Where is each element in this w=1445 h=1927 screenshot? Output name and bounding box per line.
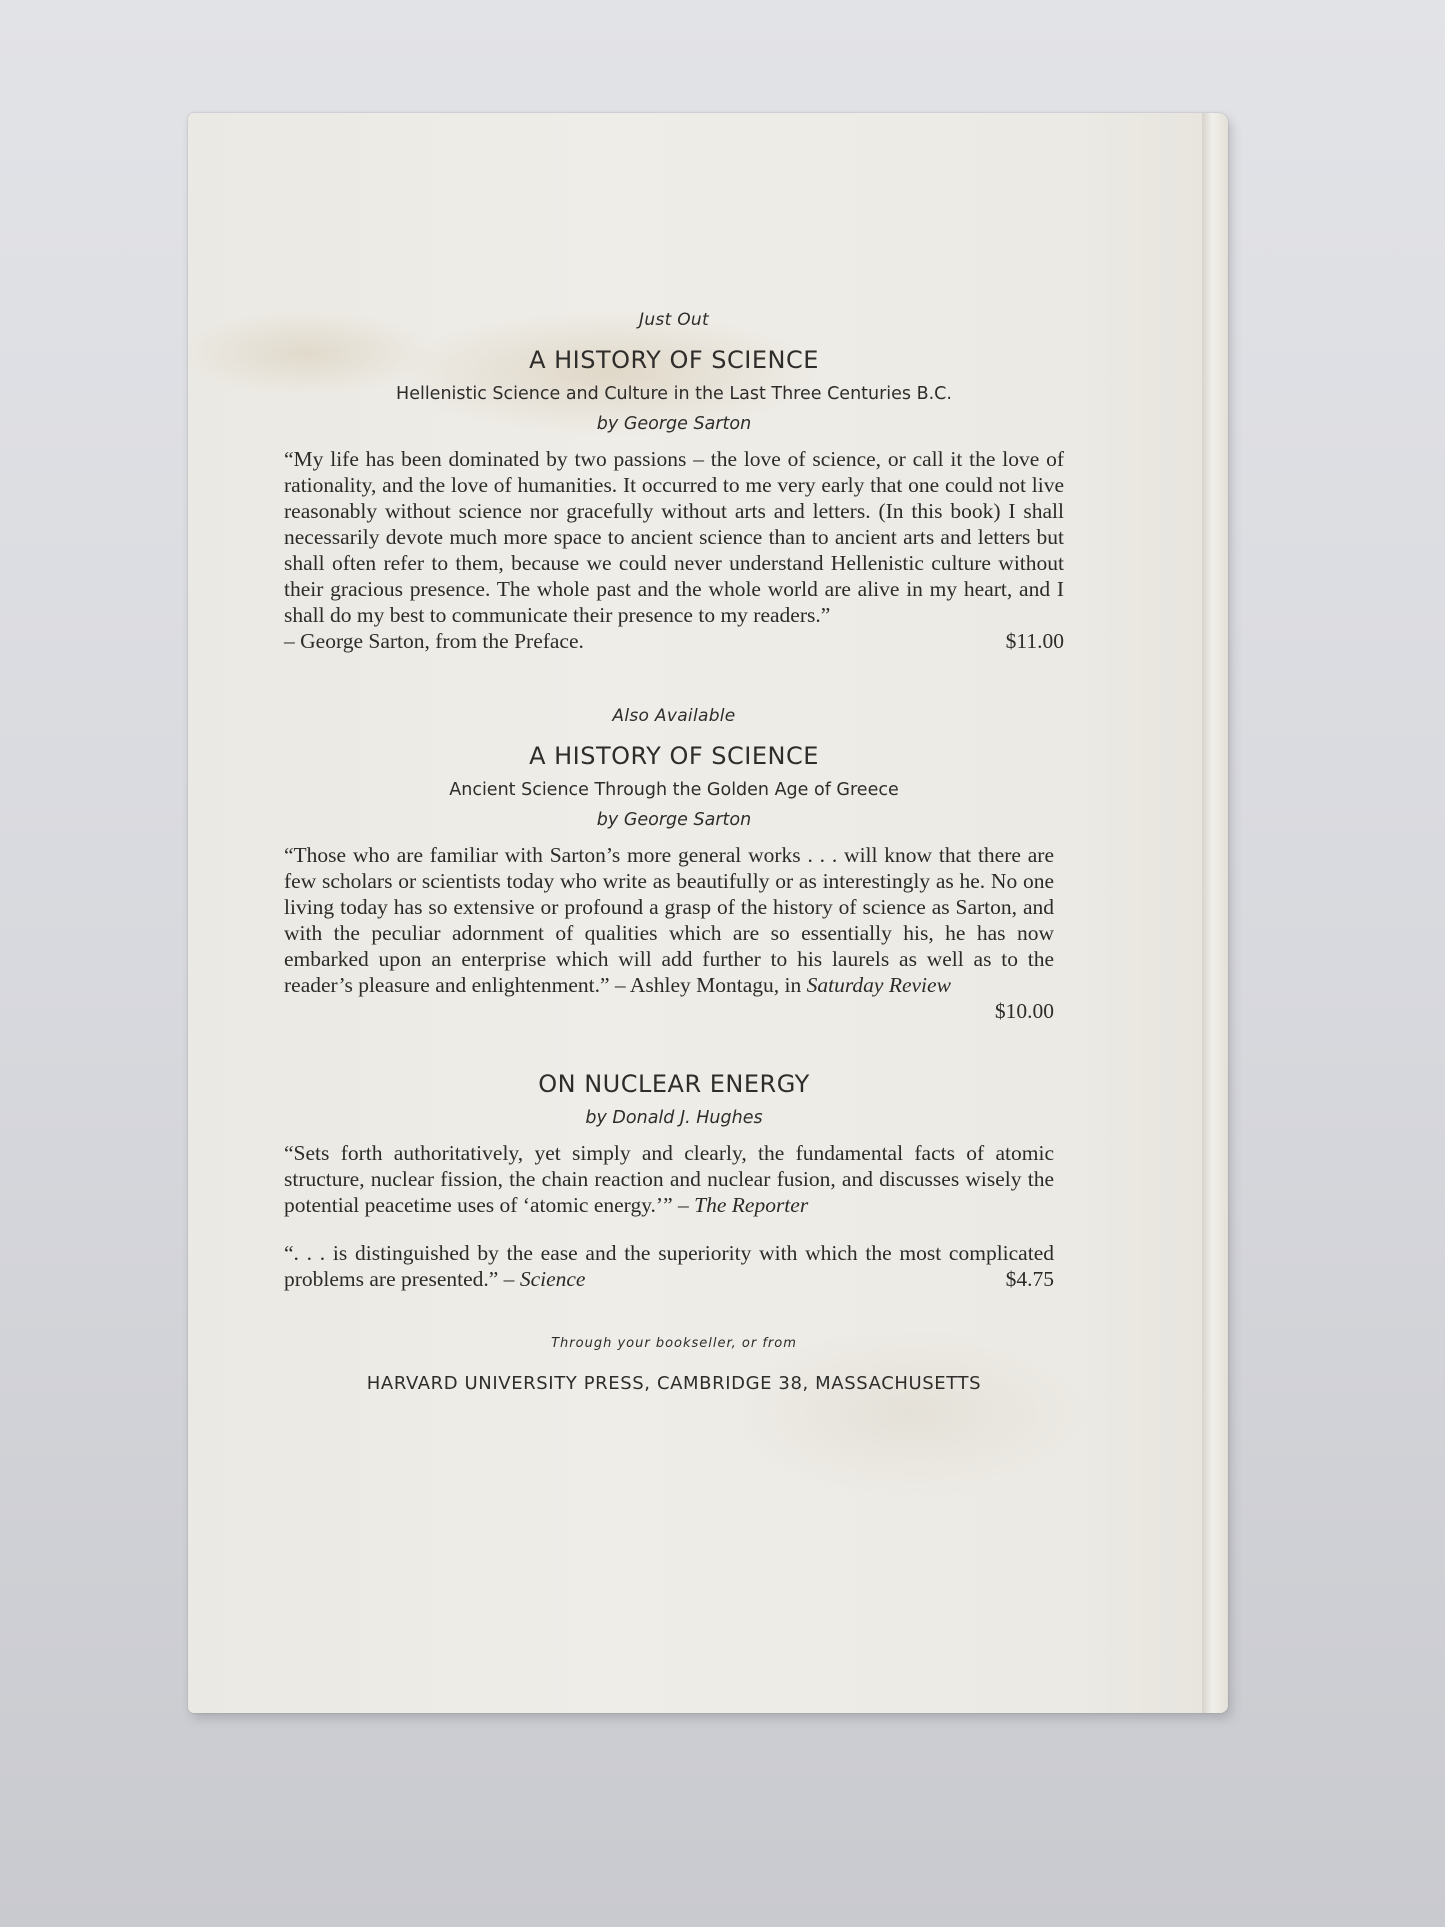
- book-title: A HISTORY OF SCIENCE: [284, 742, 1064, 770]
- review-source: Science: [520, 1267, 586, 1291]
- cover-text: Just Out A HISTORY OF SCIENCE Hellenisti…: [284, 310, 1064, 1394]
- section-hellenistic-science: Just Out A HISTORY OF SCIENCE Hellenisti…: [284, 310, 1064, 654]
- quote-attribution: – George Sarton, from the Preface.: [284, 628, 584, 654]
- book-price: $4.75: [1006, 1266, 1054, 1292]
- section-nuclear-energy: ON NUCLEAR ENERGY by Donald J. Hughes “S…: [284, 1070, 1064, 1292]
- review-source: Saturday Review: [807, 973, 951, 997]
- book-author: by Donald J. Hughes: [284, 1108, 1064, 1128]
- book-subtitle: Hellenistic Science and Culture in the L…: [284, 384, 1064, 404]
- publisher-address: HARVARD UNIVERSITY PRESS, CAMBRIDGE 38, …: [284, 1373, 1064, 1394]
- review-quote: “Those who are familiar with Sarton’s mo…: [284, 842, 1054, 998]
- book-title: A HISTORY OF SCIENCE: [284, 346, 1064, 374]
- book-price: $10.00: [284, 998, 1054, 1024]
- review-quote-text: “. . . is distinguished by the ease and …: [284, 1241, 1054, 1291]
- section-kicker: Just Out: [284, 310, 1064, 330]
- book-author: by George Sarton: [284, 810, 1064, 830]
- review-quote: “. . . is distinguished by the ease and …: [284, 1240, 1054, 1292]
- book-author: by George Sarton: [284, 414, 1064, 434]
- book-title: ON NUCLEAR ENERGY: [284, 1070, 1064, 1098]
- attribution-line: – George Sarton, from the Preface. $11.0…: [284, 628, 1064, 654]
- review-quote: “Sets forth authoritatively, yet simply …: [284, 1140, 1054, 1218]
- book-edge: [1202, 113, 1228, 1713]
- review-quote: “My life has been dominated by two passi…: [284, 446, 1064, 628]
- book-price: $11.00: [1006, 628, 1064, 654]
- review-source: The Reporter: [694, 1193, 808, 1217]
- bookseller-note: Through your bookseller, or from: [284, 1336, 1064, 1351]
- section-ancient-science: Also Available A HISTORY OF SCIENCE Anci…: [284, 706, 1064, 1024]
- section-kicker: Also Available: [284, 706, 1064, 726]
- review-quote-text: “Sets forth authoritatively, yet simply …: [284, 1141, 1054, 1217]
- book-subtitle: Ancient Science Through the Golden Age o…: [284, 780, 1064, 800]
